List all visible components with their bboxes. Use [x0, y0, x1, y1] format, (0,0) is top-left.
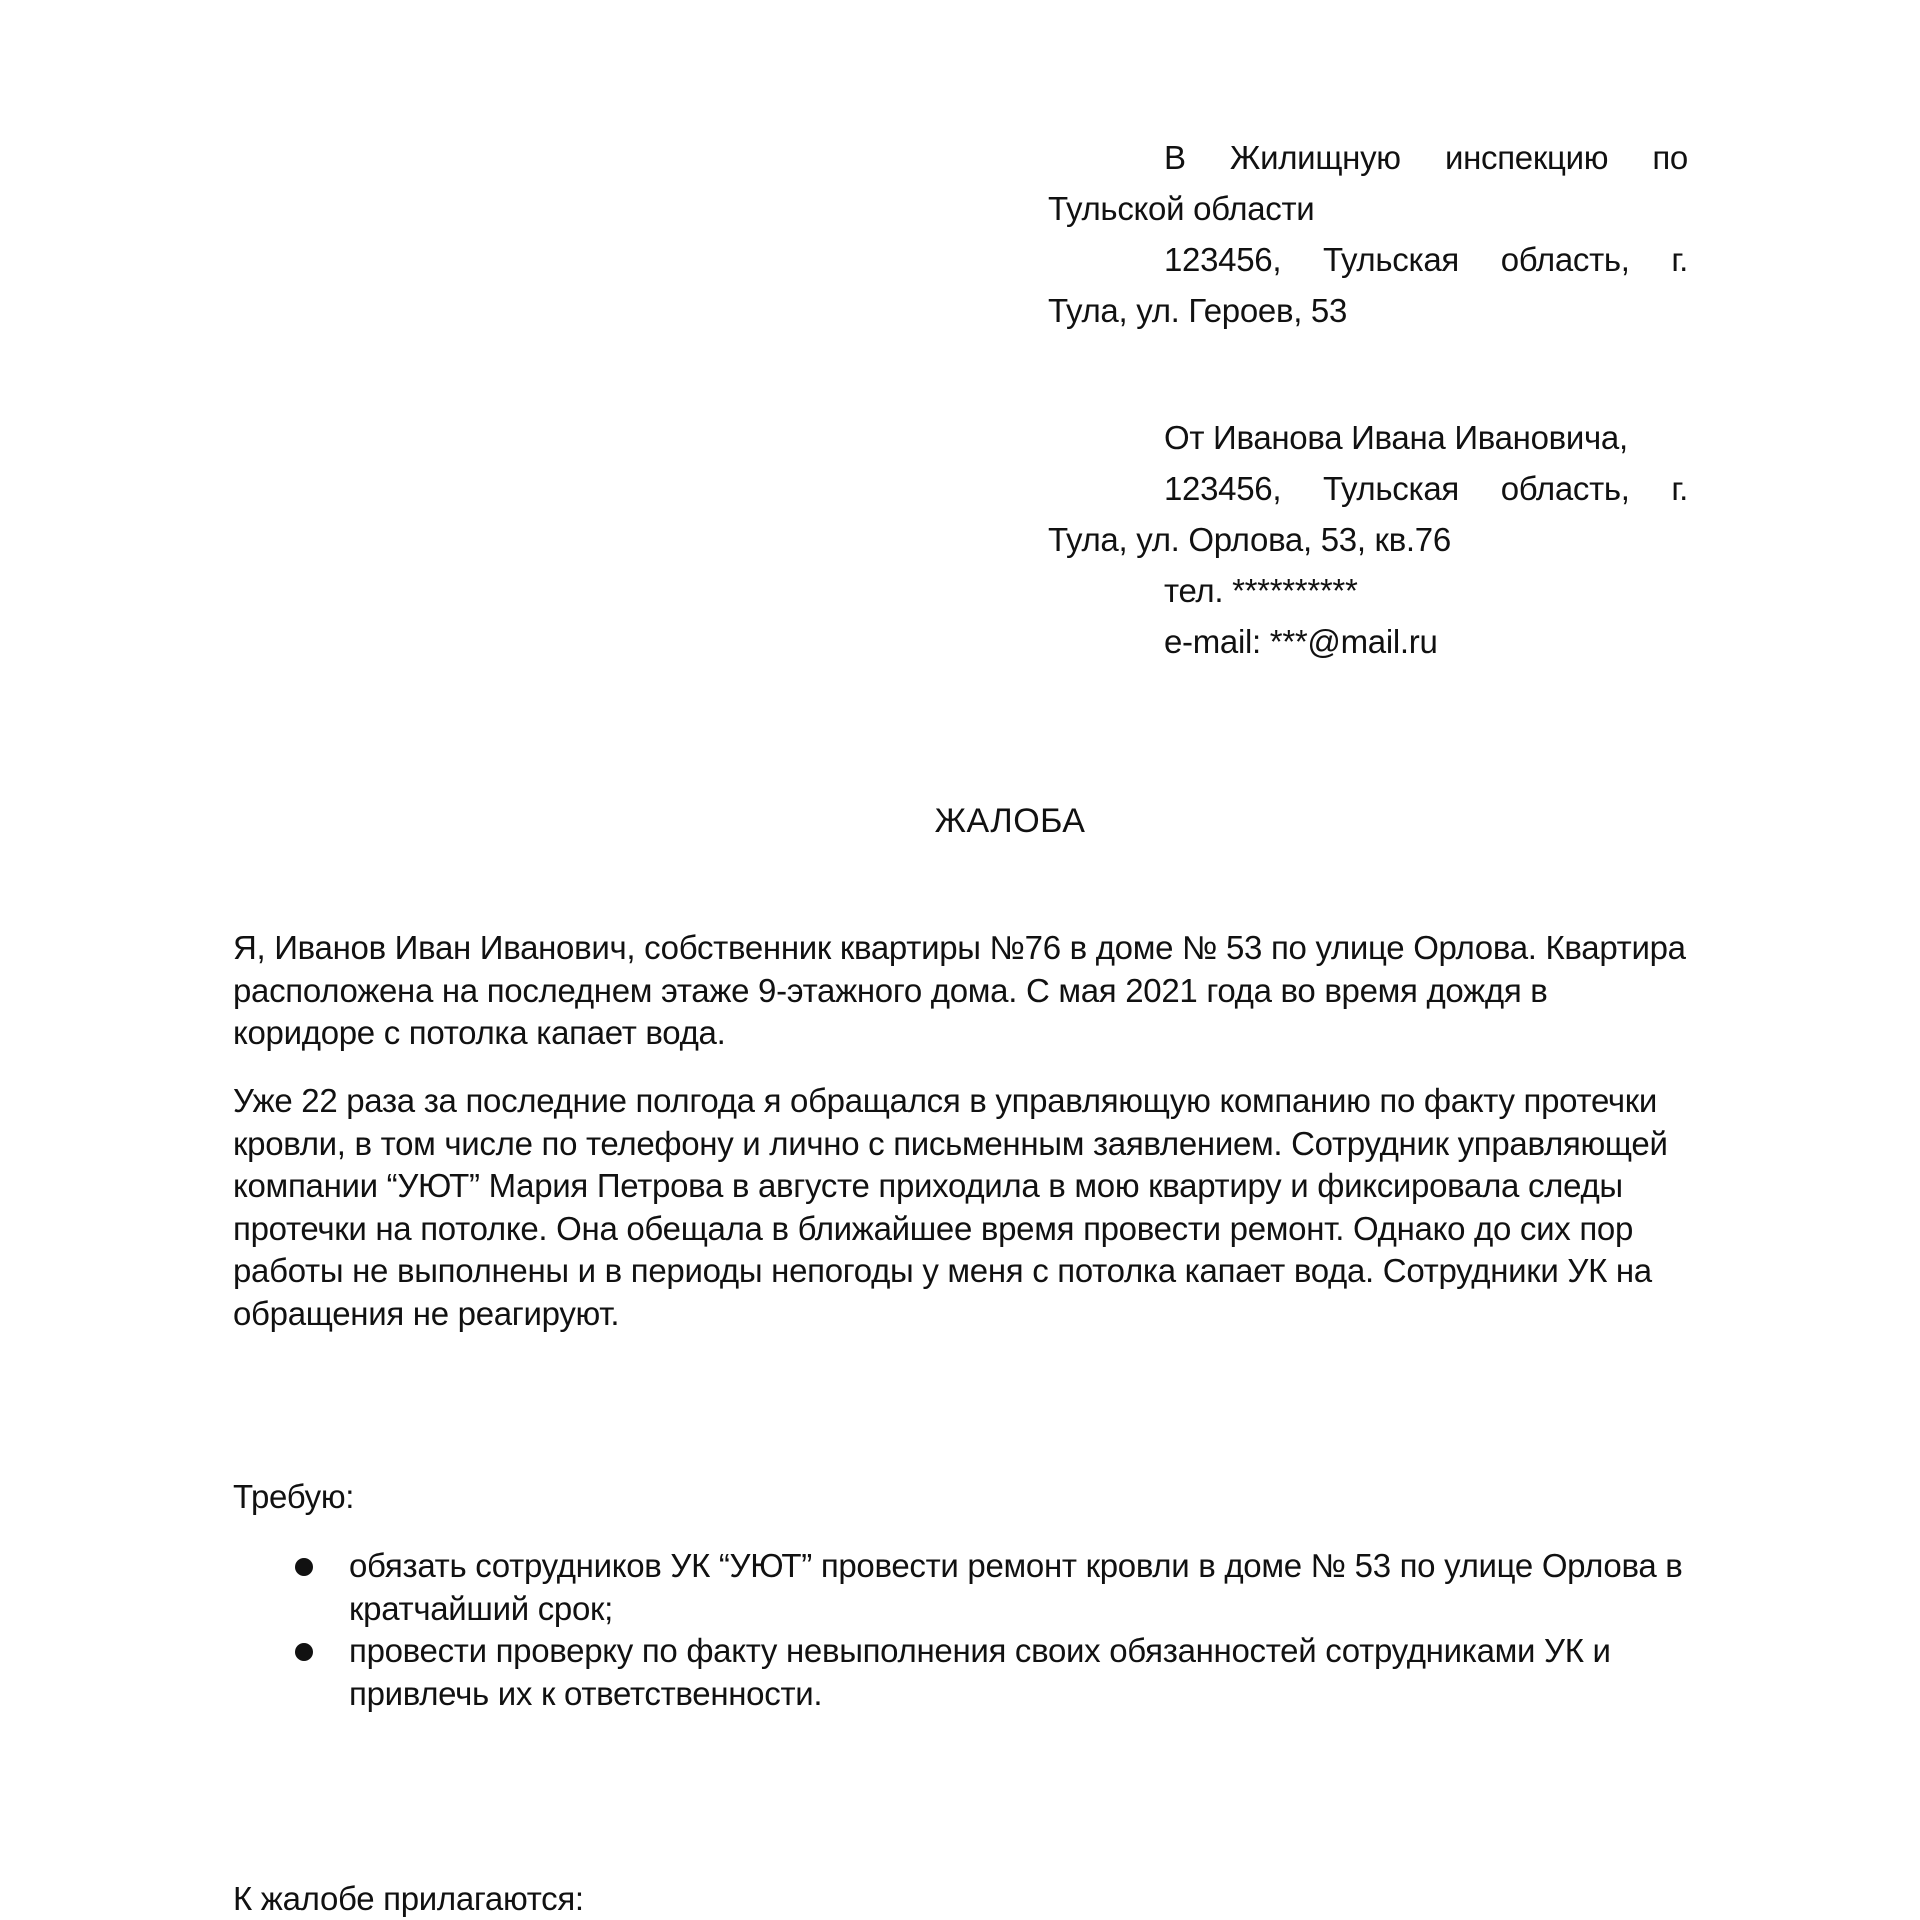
demands-list: обязать сотрудников УК “УЮТ” провести ре…: [233, 1545, 1693, 1715]
sender-name: От Иванова Ивана Ивановича,: [1048, 412, 1688, 463]
demand-text: провести проверку по факту невыполнения …: [349, 1632, 1611, 1712]
sender-address-line-2: Тула, ул. Орлова, 53, кв.76: [1048, 514, 1688, 565]
addressee-address-line-2: Тула, ул. Героев, 53: [1048, 285, 1688, 336]
addressee-line-2: Тульской области: [1048, 183, 1688, 234]
document-page: В Жилищную инспекцию по Тульской области…: [0, 0, 1920, 1920]
addressee-block: В Жилищную инспекцию по Тульской области…: [1048, 132, 1688, 336]
paragraph-text: Я, Иванов Иван Иванович, собственник ква…: [233, 927, 1693, 1055]
sender-block: От Иванова Ивана Ивановича, 123456, Туль…: [1048, 412, 1688, 667]
demand-item: провести проверку по факту невыполнения …: [233, 1630, 1693, 1715]
bullet-icon: [295, 1643, 313, 1661]
demands-label: Требую:: [233, 1478, 354, 1516]
bullet-icon: [295, 1558, 313, 1576]
addressee-address-line-1: 123456, Тульская область, г.: [1048, 234, 1688, 285]
paragraph-1: Я, Иванов Иван Иванович, собственник ква…: [233, 927, 1693, 1055]
sender-email: e-mail: ***@mail.ru: [1048, 616, 1688, 667]
addressee-line-1: В Жилищную инспекцию по: [1048, 132, 1688, 183]
paragraph-2: Уже 22 раза за последние полгода я обращ…: [233, 1080, 1693, 1335]
demand-text: обязать сотрудников УК “УЮТ” провести ре…: [349, 1547, 1683, 1627]
sender-phone: тел. **********: [1048, 565, 1688, 616]
sender-address-line-1: 123456, Тульская область, г.: [1048, 463, 1688, 514]
demand-item: обязать сотрудников УК “УЮТ” провести ре…: [233, 1545, 1693, 1630]
document-title: ЖАЛОБА: [0, 802, 1920, 841]
attachments-label: К жалобе прилагаются:: [233, 1880, 584, 1918]
paragraph-text: Уже 22 раза за последние полгода я обращ…: [233, 1080, 1693, 1335]
